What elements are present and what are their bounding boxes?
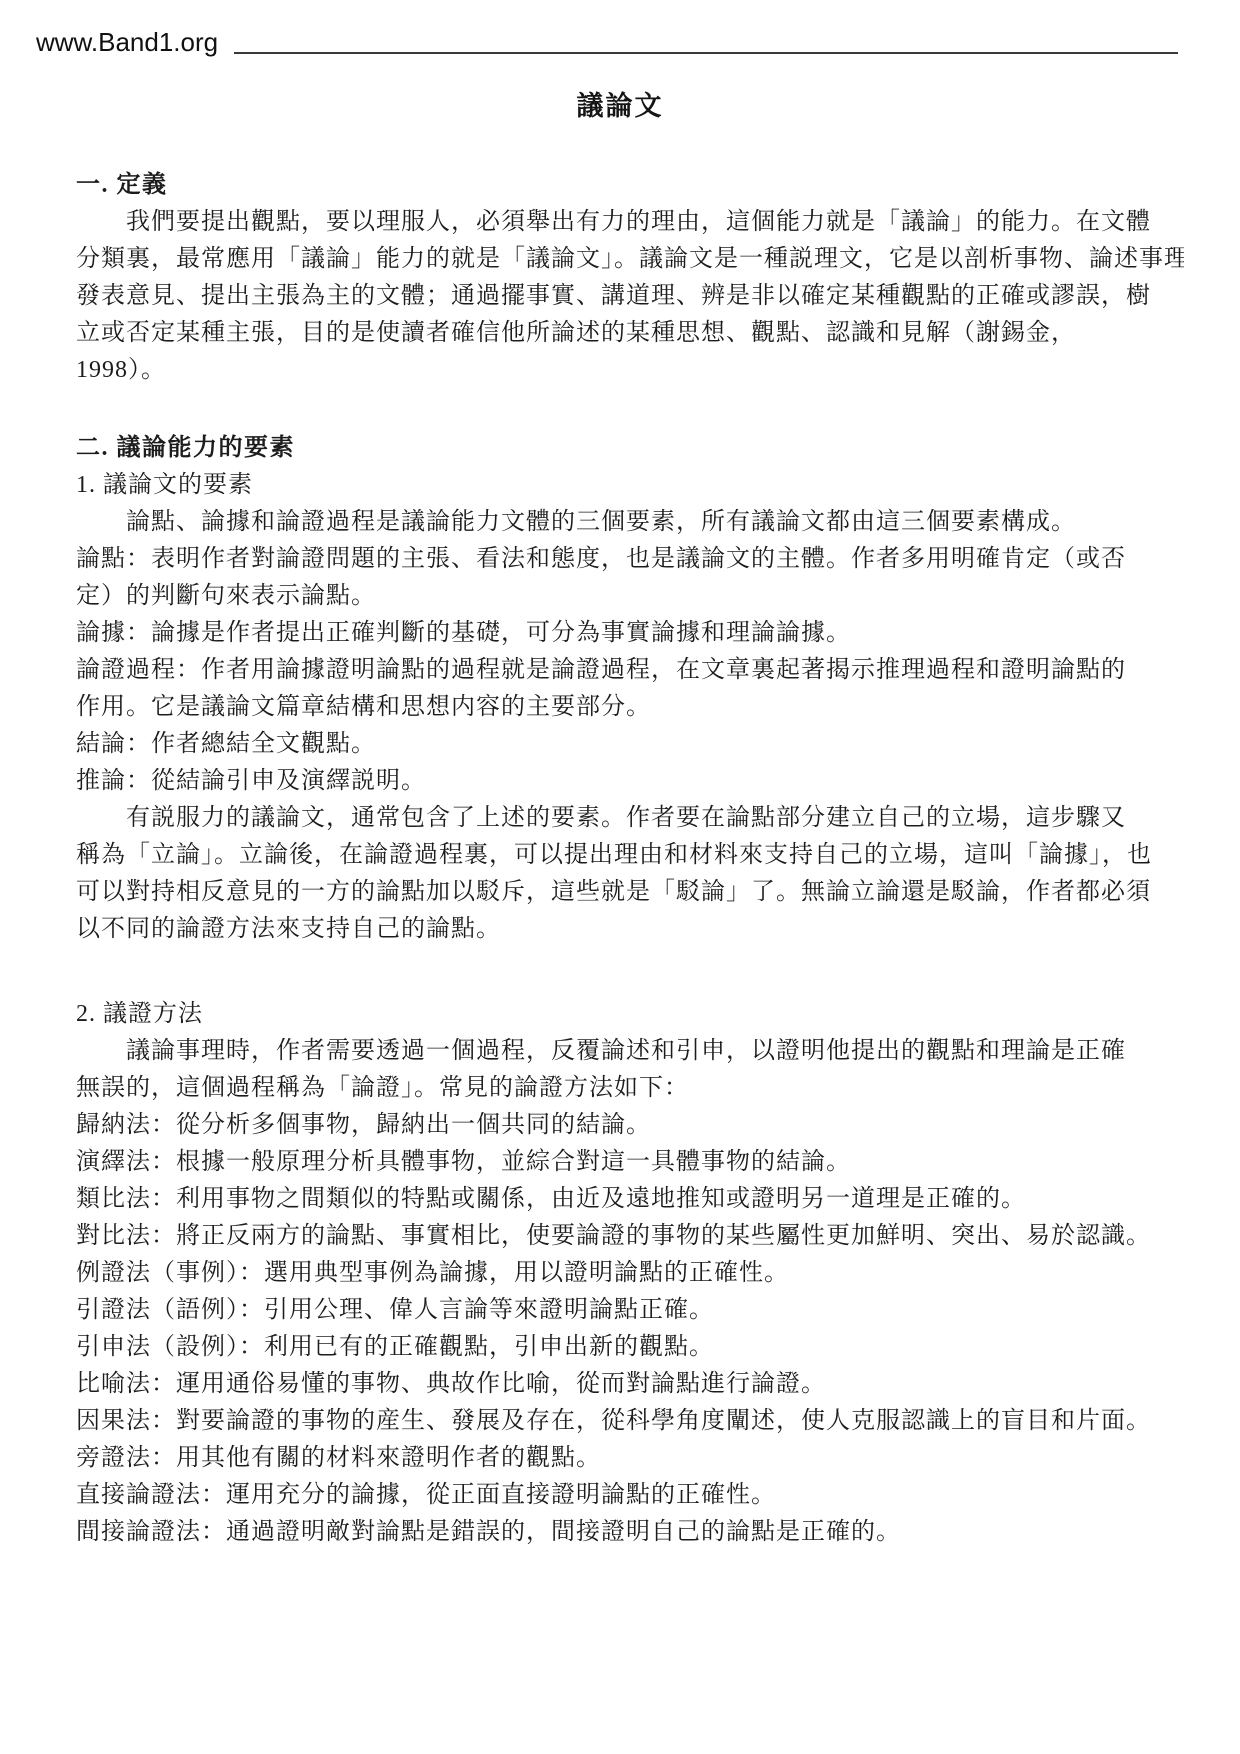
text-line: 立或否定某種主張，目的是使讀者確信他所論述的某種思想、觀點、認識和見解（謝錫金， (76, 315, 1184, 352)
text-line: 比喻法：運用通俗易懂的事物、典故作比喻，從而對論點進行論證。 (76, 1366, 1184, 1403)
text-line: 論證過程：作者用論據證明論點的過程就是論證過程，在文章裏起著揭示推理過程和證明論… (76, 652, 1184, 689)
text-line: 分類裏，最常應用「議論」能力的就是「議論文」。議論文是一種説理文，它是以剖析事物… (76, 241, 1184, 278)
section-methods: 2. 議證方法 議論事理時，作者需要透過一個過程，反覆論述和引申，以證明他提出的… (76, 996, 1184, 1551)
text-line: 結論：作者總結全文觀點。 (76, 726, 1184, 763)
text-line: 論點：表明作者對論證問題的主張、看法和態度，也是議論文的主體。作者多用明確肯定（… (76, 541, 1184, 578)
header-rule (234, 52, 1178, 54)
text-line: 以不同的論證方法來支持自己的論點。 (76, 911, 1184, 948)
text-line: 有説服力的議論文，通常包含了上述的要素。作者要在論點部分建立自己的立場，這步驟又 (76, 800, 1184, 837)
text-line: 議論事理時，作者需要透過一個過程，反覆論述和引申，以證明他提出的觀點和理論是正確 (76, 1033, 1184, 1070)
text-line: 類比法：利用事物之間類似的特點或關係，由近及遠地推知或證明另一道理是正確的。 (76, 1181, 1184, 1218)
document-title: 議論文 (0, 84, 1240, 123)
text-line: 間接論證法：通過證明敵對論點是錯誤的，間接證明自己的論點是正確的。 (76, 1514, 1184, 1551)
text-line: 旁證法：用其他有關的材料來證明作者的觀點。 (76, 1440, 1184, 1477)
text-line: 引申法（設例）：利用已有的正確觀點，引申出新的觀點。 (76, 1329, 1184, 1366)
text-line: 直接論證法：運用充分的論據，從正面直接證明論點的正確性。 (76, 1477, 1184, 1514)
text-line: 1998）。 (76, 352, 1184, 389)
site-url: www.Band1.org (36, 26, 218, 58)
text-line: 對比法：將正反兩方的論點、事實相比，使要論證的事物的某些屬性更加鮮明、突出、易於… (76, 1218, 1184, 1255)
text-line: 稱為「立論」。立論後，在論證過程裏，可以提出理由和材料來支持自己的立場，這叫「論… (76, 837, 1184, 874)
text-line: 因果法：對要論證的事物的産生、發展及存在，從科學角度闡述，使人克服認識上的盲目和… (76, 1403, 1184, 1440)
text-line: 無誤的，這個過程稱為「論證」。常見的論證方法如下： (76, 1070, 1184, 1107)
text-line: 作用。它是議論文篇章結構和思想内容的主要部分。 (76, 689, 1184, 726)
site-header: www.Band1.org (36, 26, 1178, 58)
document-page: www.Band1.org 議論文 一. 定義 我們要提出觀點，要以理服人，必須… (0, 0, 1240, 1754)
section-definition: 一. 定義 我們要提出觀點，要以理服人，必須舉出有力的理由，這個能力就是「議論」… (76, 167, 1184, 389)
text-line: 歸納法：從分析多個事物，歸納出一個共同的結論。 (76, 1107, 1184, 1144)
text-line: 論據：論據是作者提出正確判斷的基礎，可分為事實論據和理論論據。 (76, 615, 1184, 652)
text-line: 演繹法：根據一般原理分析具體事物，並綜合對這一具體事物的結論。 (76, 1144, 1184, 1181)
text-line: 論點、論據和論證過程是議論能力文體的三個要素，所有議論文都由這三個要素構成。 (76, 504, 1184, 541)
section-subheading: 1. 議論文的要素 (76, 467, 1184, 504)
text-line: 引證法（語例）：引用公理、偉人言論等來證明論點正確。 (76, 1292, 1184, 1329)
text-line: 我們要提出觀點，要以理服人，必須舉出有力的理由，這個能力就是「議論」的能力。在文… (76, 204, 1184, 241)
section-heading: 二. 議論能力的要素 (76, 430, 1184, 467)
section-elements: 二. 議論能力的要素 1. 議論文的要素 論點、論據和論證過程是議論能力文體的三… (76, 430, 1184, 948)
text-line: 可以對持相反意見的一方的論點加以駁斥，這些就是「駁論」了。無論立論還是駁論，作者… (76, 874, 1184, 911)
section-heading: 一. 定義 (76, 167, 1184, 204)
text-line: 定）的判斷句來表示論點。 (76, 578, 1184, 615)
text-line: 發表意見、提出主張為主的文體；通過擺事實、講道理、辨是非以確定某種觀點的正確或謬… (76, 278, 1184, 315)
text-line: 例證法（事例）：選用典型事例為論據，用以證明論點的正確性。 (76, 1255, 1184, 1292)
section-subheading: 2. 議證方法 (76, 996, 1184, 1033)
text-line: 推論：從結論引申及演繹説明。 (76, 763, 1184, 800)
